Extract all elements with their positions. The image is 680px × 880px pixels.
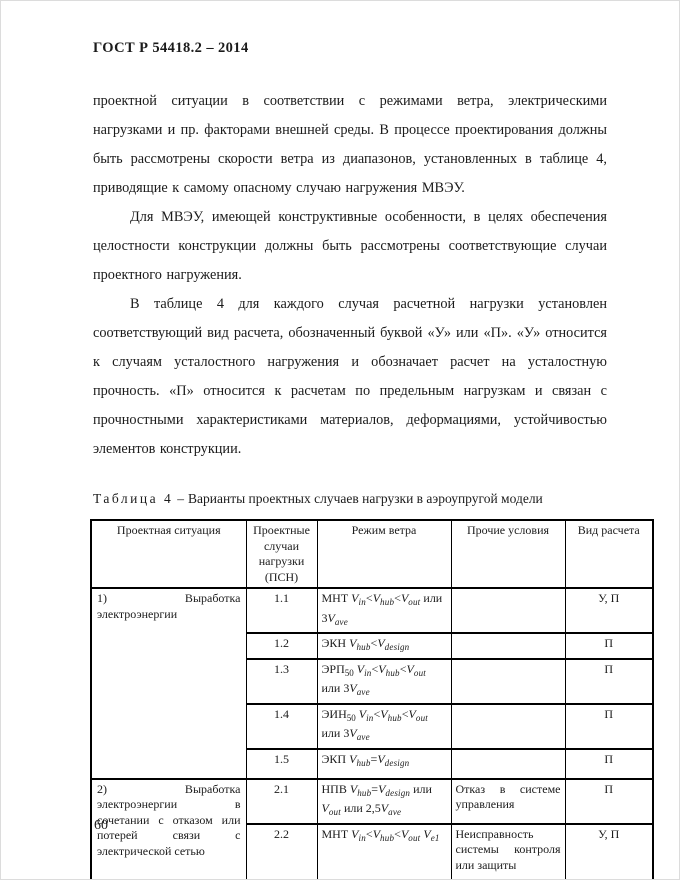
formula-subscript: hub — [380, 833, 394, 843]
paragraph-design-situation: проектной ситуации в соответствии с режи… — [93, 87, 607, 203]
psn-cell: 1.1 — [246, 588, 317, 633]
paragraph-mveu-features: Для МВЭУ, имеющей конструктивные особенн… — [93, 203, 607, 290]
formula-subscript: ave — [357, 732, 370, 742]
formula-subscript: design — [385, 642, 410, 652]
other-conditions-cell — [451, 588, 565, 633]
formula-text: ЭКП — [322, 752, 350, 766]
formula-subscript: out — [408, 597, 420, 607]
psn-cell: 1.2 — [246, 633, 317, 659]
formula-subscript: out — [414, 668, 426, 678]
document-page: ГОСТ Р 54418.2 – 2014 проектной ситуации… — [0, 0, 680, 880]
psn-cell: 2.2 — [246, 824, 317, 880]
header-load-cases-psn: Проектные случаи нагрузки (ПСН) — [246, 520, 317, 588]
table-row: 1) Выработка электроэнергии1.1 МНТ Vin<V… — [91, 588, 653, 633]
psn-cell: 2.1 — [246, 779, 317, 824]
calc-type-cell: П — [565, 633, 653, 659]
psn-cell: 1.5 — [246, 749, 317, 779]
formula-text: ЭРП — [322, 662, 345, 676]
formula-subscript: in — [364, 668, 371, 678]
velocity-symbol: V — [357, 662, 364, 676]
formula-subscript: hub — [356, 758, 370, 768]
formula-text: МНТ — [322, 591, 352, 605]
header-other-conditions: Прочие условия — [451, 520, 565, 588]
formula-text: или 3 — [322, 681, 350, 695]
body-text-block: проектной ситуации в соответствии с режи… — [93, 87, 607, 464]
calc-type-cell: П — [565, 704, 653, 749]
design-situation-cell: 2) Выработка электроэнергии в сочетании … — [91, 779, 246, 880]
velocity-symbol: V — [409, 707, 416, 721]
velocity-symbol: V — [349, 726, 356, 740]
calc-type-cell: П — [565, 779, 653, 824]
velocity-symbol: V — [377, 752, 384, 766]
header-design-situation: Проектная ситуация — [91, 520, 246, 588]
formula-subscript: e1 — [431, 833, 440, 843]
formula-subscript: ave — [357, 687, 370, 697]
formula-subscript: in — [359, 833, 366, 843]
page-number: 60 — [94, 818, 108, 834]
velocity-symbol: V — [377, 636, 384, 650]
formula-text: ЭИН — [322, 707, 347, 721]
formula-subscript: hub — [388, 713, 402, 723]
formula-subscript: ave — [335, 617, 348, 627]
table-header-row: Проектная ситуация Проектные случаи нагр… — [91, 520, 653, 588]
design-situation-cell: 1) Выработка электроэнергии — [91, 588, 246, 779]
calc-type-cell: П — [565, 749, 653, 779]
formula-subscript: design — [385, 758, 410, 768]
formula-subscript: design — [385, 788, 410, 798]
wind-regime-cell: ЭКН Vhub<Vdesign — [317, 633, 451, 659]
velocity-symbol: V — [373, 827, 380, 841]
velocity-symbol: V — [322, 801, 329, 815]
formula-subscript: ave — [388, 807, 401, 817]
formula-subscript: hub — [357, 788, 371, 798]
formula-subscript: 50 — [347, 713, 356, 723]
wind-regime-cell: ЭКП Vhub=Vdesign — [317, 749, 451, 779]
other-conditions-cell: Отказ в системе управления — [451, 779, 565, 824]
velocity-symbol: V — [328, 611, 335, 625]
formula-subscript: 50 — [345, 668, 354, 678]
velocity-symbol: V — [373, 591, 380, 605]
table-caption: Таблица 4–Варианты проектных случаев наг… — [93, 490, 655, 507]
velocity-symbol: V — [351, 591, 358, 605]
formula-text: < — [394, 591, 401, 605]
velocity-symbol: V — [407, 662, 414, 676]
velocity-symbol: V — [423, 827, 430, 841]
other-conditions-cell — [451, 704, 565, 749]
table-caption-label: Таблица 4 — [93, 491, 173, 506]
formula-text: < — [366, 827, 373, 841]
paragraph-calc-types: В таблице 4 для каждого случая расчетной… — [93, 290, 607, 464]
wind-regime-cell: МНТ Vin<Vhub<Vout или 3Vave — [317, 588, 451, 633]
formula-subscript: out — [408, 833, 420, 843]
formula-text: МНТ — [322, 827, 352, 841]
formula-text: или 3 — [322, 726, 350, 740]
formula-text: < — [402, 707, 409, 721]
other-conditions-cell: Неисправность системы контроля или защит… — [451, 824, 565, 880]
other-conditions-cell — [451, 633, 565, 659]
formula-subscript: hub — [356, 642, 370, 652]
psn-cell: 1.3 — [246, 659, 317, 704]
formula-subscript: out — [416, 713, 428, 723]
formula-text: < — [394, 827, 401, 841]
wind-regime-cell: ЭИН50 Vin<Vhub<Vout или 3Vave — [317, 704, 451, 749]
velocity-symbol: V — [351, 827, 358, 841]
wind-regime-cell: НПВ Vhub=Vdesign или Vout или 2,5Vave — [317, 779, 451, 824]
psn-cell: 1.4 — [246, 704, 317, 749]
other-conditions-cell — [451, 659, 565, 704]
formula-subscript: hub — [380, 597, 394, 607]
load-cases-table: Проектная ситуация Проектные случаи нагр… — [90, 519, 654, 880]
velocity-symbol: V — [380, 707, 387, 721]
header-calc-type: Вид расчета — [565, 520, 653, 588]
formula-subscript: in — [359, 597, 366, 607]
other-conditions-cell — [451, 749, 565, 779]
velocity-symbol: V — [359, 707, 366, 721]
document-standard-number: ГОСТ Р 54418.2 – 2014 — [93, 40, 652, 57]
calc-type-cell: У, П — [565, 824, 653, 880]
formula-text: или — [410, 782, 432, 796]
table-caption-text: Варианты проектных случаев нагрузки в аэ… — [188, 491, 543, 506]
formula-text: ЭКН — [322, 636, 350, 650]
formula-subscript: in — [366, 713, 373, 723]
calc-type-cell: П — [565, 659, 653, 704]
velocity-symbol: V — [349, 681, 356, 695]
formula-text: НПВ — [322, 782, 350, 796]
calc-type-cell: У, П — [565, 588, 653, 633]
table-row: 2) Выработка электроэнергии в сочетании … — [91, 779, 653, 824]
table-caption-dash: – — [177, 491, 184, 506]
formula-text: < — [366, 591, 373, 605]
formula-subscript: out — [329, 807, 341, 817]
formula-text: < — [400, 662, 407, 676]
header-wind-regime: Режим ветра — [317, 520, 451, 588]
formula-text: или 2,5 — [341, 801, 381, 815]
formula-subscript: hub — [386, 668, 400, 678]
wind-regime-cell: ЭРП50 Vin<Vhub<Vout или 3Vave — [317, 659, 451, 704]
wind-regime-cell: МНТ Vin<Vhub<Vout Ve1 — [317, 824, 451, 880]
velocity-symbol: V — [378, 662, 385, 676]
